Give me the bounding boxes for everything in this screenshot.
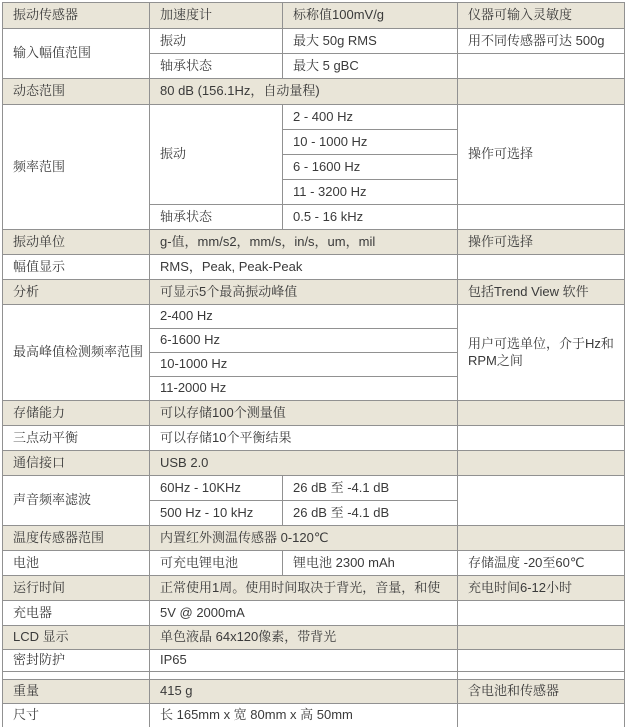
spec-value: 6 - 1600 Hz [283,155,458,180]
spec-value: g-值，mm/s2，mm/s，in/s，um，mil [150,230,458,255]
spec-label: 输入幅值范围 [3,29,150,79]
spec-note [458,601,625,626]
spec-value: 5V @ 2000mA [150,601,458,626]
spec-subtype: 轴承状态 [150,205,283,230]
row-dimensions: 尺寸 长 165mm x 宽 80mm x 高 50mm [3,704,625,727]
spec-note: 仪器可输入灵敏度 [458,3,625,29]
spec-label: 通信接口 [3,451,150,476]
spec-value: 最大 5 gBC [283,54,458,79]
spec-note [458,451,625,476]
spec-note [458,526,625,551]
spec-note [458,255,625,280]
row-run-time: 运行时间 正常使用1周。使用时间取决于背光，音量，和使 充电时间6-12小时 [3,576,625,601]
spec-label: 温度传感器范围 [3,526,150,551]
row-vibration-units: 振动单位 g-值，mm/s2，mm/s，in/s，um，mil 操作可选择 [3,230,625,255]
spec-label: LCD 显示 [3,626,150,650]
spec-subtype: 500 Hz - 10 kHz [150,501,283,526]
row-analysis: 分析 可显示5个最高振动峰值 包括Trend View 软件 [3,280,625,305]
spec-note [458,650,625,672]
spec-value: 10 - 1000 Hz [283,130,458,155]
spec-label: 最高峰值检测频率范围 [3,305,150,401]
row-vibration-sensor: 振动传感器 加速度计 标称值100mV/g 仪器可输入灵敏度 [3,3,625,29]
row-dynamic-range: 动态范围 80 dB (156.1Hz，自动量程) [3,79,625,105]
spec-label: 密封防护 [3,650,150,672]
row-storage-capacity: 存储能力 可以存储100个测量值 [3,401,625,426]
spec-label: 声音频率滤波 [3,476,150,526]
spec-subtype: 60Hz - 10KHz [150,476,283,501]
spacer-cell [150,672,458,680]
spec-value: 6-1600 Hz [150,329,458,353]
row-temperature-sensor-range: 温度传感器范围 内置红外测温传感器 0-120℃ [3,526,625,551]
spec-note: 用不同传感器可达 500g [458,29,625,54]
spec-subtype: 轴承状态 [150,54,283,79]
spec-value: 11 - 3200 Hz [283,180,458,205]
spec-value: 2 - 400 Hz [283,105,458,130]
spec-label: 分析 [3,280,150,305]
spec-note: 含电池和传感器 [458,680,625,704]
spec-value: 标称值100mV/g [283,3,458,29]
spec-value: 可显示5个最高振动峰值 [150,280,458,305]
spec-value: 长 165mm x 宽 80mm x 高 50mm [150,704,458,727]
spec-note: 操作可选择 [458,105,625,205]
spec-note: 操作可选择 [458,230,625,255]
spec-note [458,401,625,426]
spec-note [458,79,625,105]
spec-value: 11-2000 Hz [150,377,458,401]
spec-value: USB 2.0 [150,451,458,476]
spec-value: 80 dB (156.1Hz，自动量程) [150,79,458,105]
spec-note [458,704,625,727]
spec-label: 三点动平衡 [3,426,150,451]
spec-value: 26 dB 至 -4.1 dB [283,501,458,526]
row-communication-interface: 通信接口 USB 2.0 [3,451,625,476]
spec-value: 415 g [150,680,458,704]
spec-value: 可以存储10个平衡结果 [150,426,458,451]
row-three-point-balancing: 三点动平衡 可以存储10个平衡结果 [3,426,625,451]
spec-value: 2-400 Hz [150,305,458,329]
spec-label: 频率范围 [3,105,150,230]
spacer-cell [458,672,625,680]
spec-value: 正常使用1周。使用时间取决于背光，音量，和使 [150,576,458,601]
spec-note [458,426,625,451]
row-spacer [3,672,625,680]
spec-note: 包括Trend View 软件 [458,280,625,305]
row-weight: 重量 415 g 含电池和传感器 [3,680,625,704]
spec-label: 重量 [3,680,150,704]
spec-value: 可充电锂电池 [150,551,283,576]
row-amplitude-display: 幅值显示 RMS，Peak, Peak-Peak [3,255,625,280]
spec-label: 振动单位 [3,230,150,255]
row-sound-frequency-filter: 声音频率滤波 60Hz - 10KHz 26 dB 至 -4.1 dB [3,476,625,501]
spec-value: 加速度计 [150,3,283,29]
spec-note: 存储温度 -20至60℃ [458,551,625,576]
spec-value: 最大 50g RMS [283,29,458,54]
spec-value: IP65 [150,650,458,672]
spec-note: 用户可选单位，介于Hz和RPM之间 [458,305,625,401]
spacer-cell [3,672,150,680]
spec-label: 运行时间 [3,576,150,601]
spec-note [458,626,625,650]
row-input-amplitude-range: 输入幅值范围 振动 最大 50g RMS 用不同传感器可达 500g [3,29,625,54]
spec-note [458,54,625,79]
spec-value: RMS，Peak, Peak-Peak [150,255,458,280]
spec-table: 振动传感器 加速度计 标称值100mV/g 仪器可输入灵敏度 输入幅值范围 振动… [2,2,625,727]
spec-note [458,205,625,230]
spec-value: 26 dB 至 -4.1 dB [283,476,458,501]
row-lcd-display: LCD 显示 单色液晶 64x120像素，带背光 [3,626,625,650]
spec-label: 振动传感器 [3,3,150,29]
spec-value: 内置红外测温传感器 0-120℃ [150,526,458,551]
spec-label: 存储能力 [3,401,150,426]
spec-value: 单色液晶 64x120像素，带背光 [150,626,458,650]
row-peak-detection-range: 最高峰值检测频率范围 2-400 Hz 用户可选单位，介于Hz和RPM之间 [3,305,625,329]
spec-value: 10-1000 Hz [150,353,458,377]
spec-value: 锂电池 2300 mAh [283,551,458,576]
spec-value: 0.5 - 16 kHz [283,205,458,230]
row-sealing-protection: 密封防护 IP65 [3,650,625,672]
spec-note: 充电时间6-12小时 [458,576,625,601]
spec-label: 尺寸 [3,704,150,727]
row-frequency-range: 频率范围 振动 2 - 400 Hz 操作可选择 [3,105,625,130]
row-battery: 电池 可充电锂电池 锂电池 2300 mAh 存储温度 -20至60℃ [3,551,625,576]
spec-note [458,476,625,526]
spec-value: 可以存储100个测量值 [150,401,458,426]
spec-label: 电池 [3,551,150,576]
spec-subtype: 振动 [150,105,283,205]
spec-subtype: 振动 [150,29,283,54]
row-charger: 充电器 5V @ 2000mA [3,601,625,626]
spec-label: 幅值显示 [3,255,150,280]
spec-label: 充电器 [3,601,150,626]
spec-label: 动态范围 [3,79,150,105]
